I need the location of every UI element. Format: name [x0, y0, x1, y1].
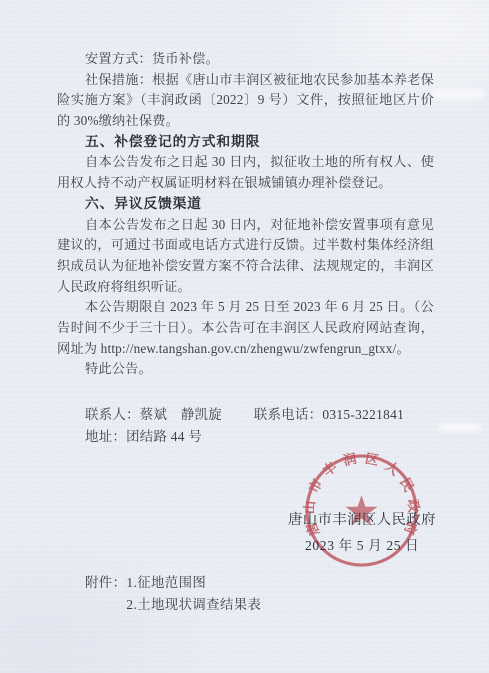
contact-person: 联系人：蔡斌 静凯旋: [85, 407, 222, 422]
section-heading-6: 六、异议反馈渠道: [57, 194, 434, 215]
contact-block: 联系人：蔡斌 静凯旋联系电话：0315-3221841 地址：团结路 44 号: [57, 404, 434, 448]
contact-phone: 联系电话：0315-3221841: [254, 407, 404, 422]
signature-date: 2023 年 5 月 25 日: [305, 534, 445, 554]
body-line: 用权人持不动产权属证明材料在银城铺镇办理补偿登记。: [57, 173, 434, 194]
scan-artifact: [438, 424, 482, 431]
contact-row: 联系人：蔡斌 静凯旋联系电话：0315-3221841: [57, 404, 434, 426]
body-line: 告时间不少于三十日）。本公告可在丰润区人民政府网站查询，: [57, 318, 434, 339]
attachments-label: 附件：: [85, 572, 126, 616]
body-line: 社保措施：根据《唐山市丰润区被征地农民参加基本养老保: [57, 70, 434, 91]
attachments-block: 附件： 1.征地范围图 2.土地现状调查结果表: [85, 572, 261, 616]
body-line: 自本公告发布之日起 30 日内，拟征收土地的所有权人、使: [57, 152, 434, 173]
body-line: 险实施方案》（丰润政函〔2022〕9 号）文件，按照征地区片价: [57, 90, 434, 111]
contact-address: 地址：团结路 44 号: [57, 426, 434, 448]
body-line: 特此公告。: [57, 359, 434, 380]
body-line: 安置方式：货币补偿。: [57, 49, 434, 70]
body-line: 建议的，可通过书面或电话方式进行反馈。过半数村集体经济组: [57, 235, 434, 256]
document-body: 安置方式：货币补偿。 社保措施：根据《唐山市丰润区被征地农民参加基本养老保 险实…: [57, 49, 434, 380]
body-line: 自本公告发布之日起 30 日内，对征地补偿安置事项有意见: [57, 215, 434, 236]
body-line: 的 30%缴纳社保费。: [57, 111, 434, 132]
attachment-item: 2.土地现状调查结果表: [126, 594, 261, 616]
body-line-url: 网址为 http://new.tangshan.gov.cn/zhengwu/z…: [57, 339, 434, 360]
scanned-announcement-page: 安置方式：货币补偿。 社保措施：根据《唐山市丰润区被征地农民参加基本养老保 险实…: [0, 0, 489, 673]
body-line: 织成员认为征地补偿安置方案不符合法律、法规规定的，丰润区: [57, 256, 434, 277]
section-heading-5: 五、补偿登记的方式和期限: [57, 132, 434, 153]
attachment-item: 1.征地范围图: [126, 572, 261, 594]
body-line: 本公告期限自 2023 年 5 月 25 日至 2023 年 6 月 25 日。…: [57, 297, 434, 318]
scan-artifact: [432, 90, 484, 98]
signature-agency: 唐山市丰润区人民政府: [288, 508, 448, 529]
body-line: 人民政府将组织听证。: [57, 277, 434, 298]
